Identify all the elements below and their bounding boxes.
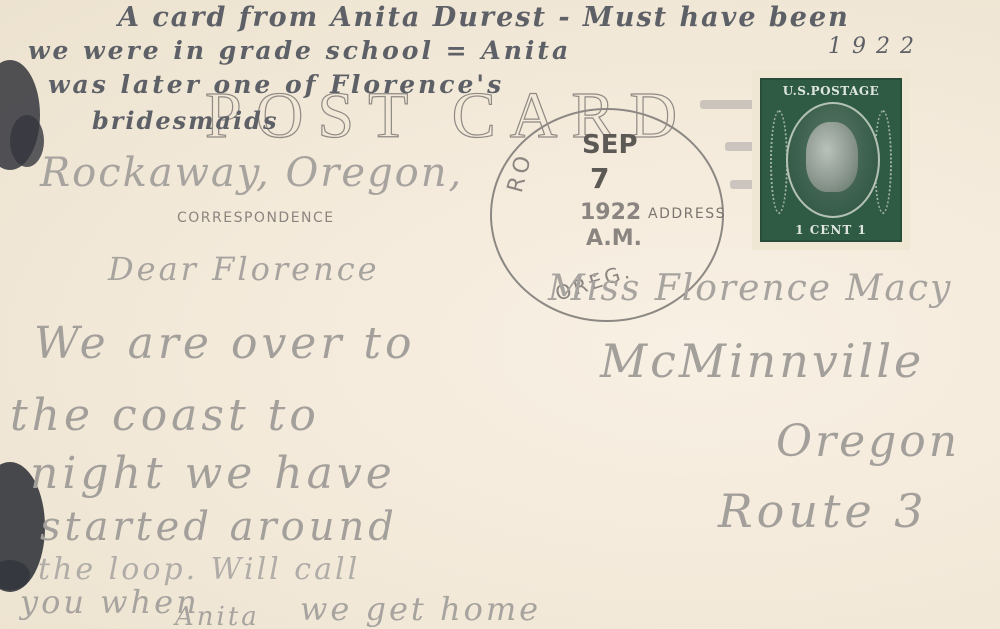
address-name: Miss Florence Macy (548, 268, 952, 309)
address-label: ADDRESS (648, 206, 726, 222)
washington-portrait-icon (806, 122, 858, 192)
postmark-year: 1922 (580, 200, 641, 225)
ink-note-line: A card from Anita Durest - Must have bee… (118, 2, 850, 33)
postcard-back: POST CARD CORRESPONDENCE A card from Ani… (0, 0, 1000, 629)
message-line: you when (20, 583, 200, 621)
correspondence-label: CORRESPONDENCE (177, 210, 335, 226)
message-line: started around (40, 504, 398, 550)
portrait-oval (786, 102, 880, 218)
ink-note-line: we were in grade school = Anita (28, 36, 571, 65)
address-city: McMinnville (600, 334, 924, 388)
ink-note-line: was later one of Florence's (48, 70, 504, 99)
ink-blot (10, 115, 44, 167)
message-line: the loop. Will call (38, 552, 360, 587)
message-line: night we have (30, 448, 396, 499)
stamp-header: U.S.POSTAGE (762, 84, 900, 98)
message-signature: Anita (175, 602, 260, 629)
stamp-denomination: 1 CENT 1 (762, 223, 900, 237)
postmark-town: RO (503, 150, 538, 196)
ink-note-year: 1922 (828, 34, 924, 59)
message-line: we get home (300, 590, 541, 628)
postmark-time: A.M. (586, 226, 642, 251)
message-salutation: Dear Florence (108, 250, 380, 288)
message-line: the coast to (10, 390, 320, 441)
message-line: We are over to (34, 318, 416, 369)
message-place: Rockaway, Oregon, (40, 150, 463, 196)
stamp-face: U.S.POSTAGE 1 CENT 1 (760, 78, 902, 242)
postmark-month: SEP (582, 130, 638, 160)
ink-note-line: bridesmaids (92, 106, 278, 135)
postmark-day: 7 (590, 162, 609, 195)
address-state: Oregon (776, 416, 960, 467)
postage-stamp: U.S.POSTAGE 1 CENT 1 (752, 70, 910, 250)
address-route: Route 3 (718, 484, 928, 538)
